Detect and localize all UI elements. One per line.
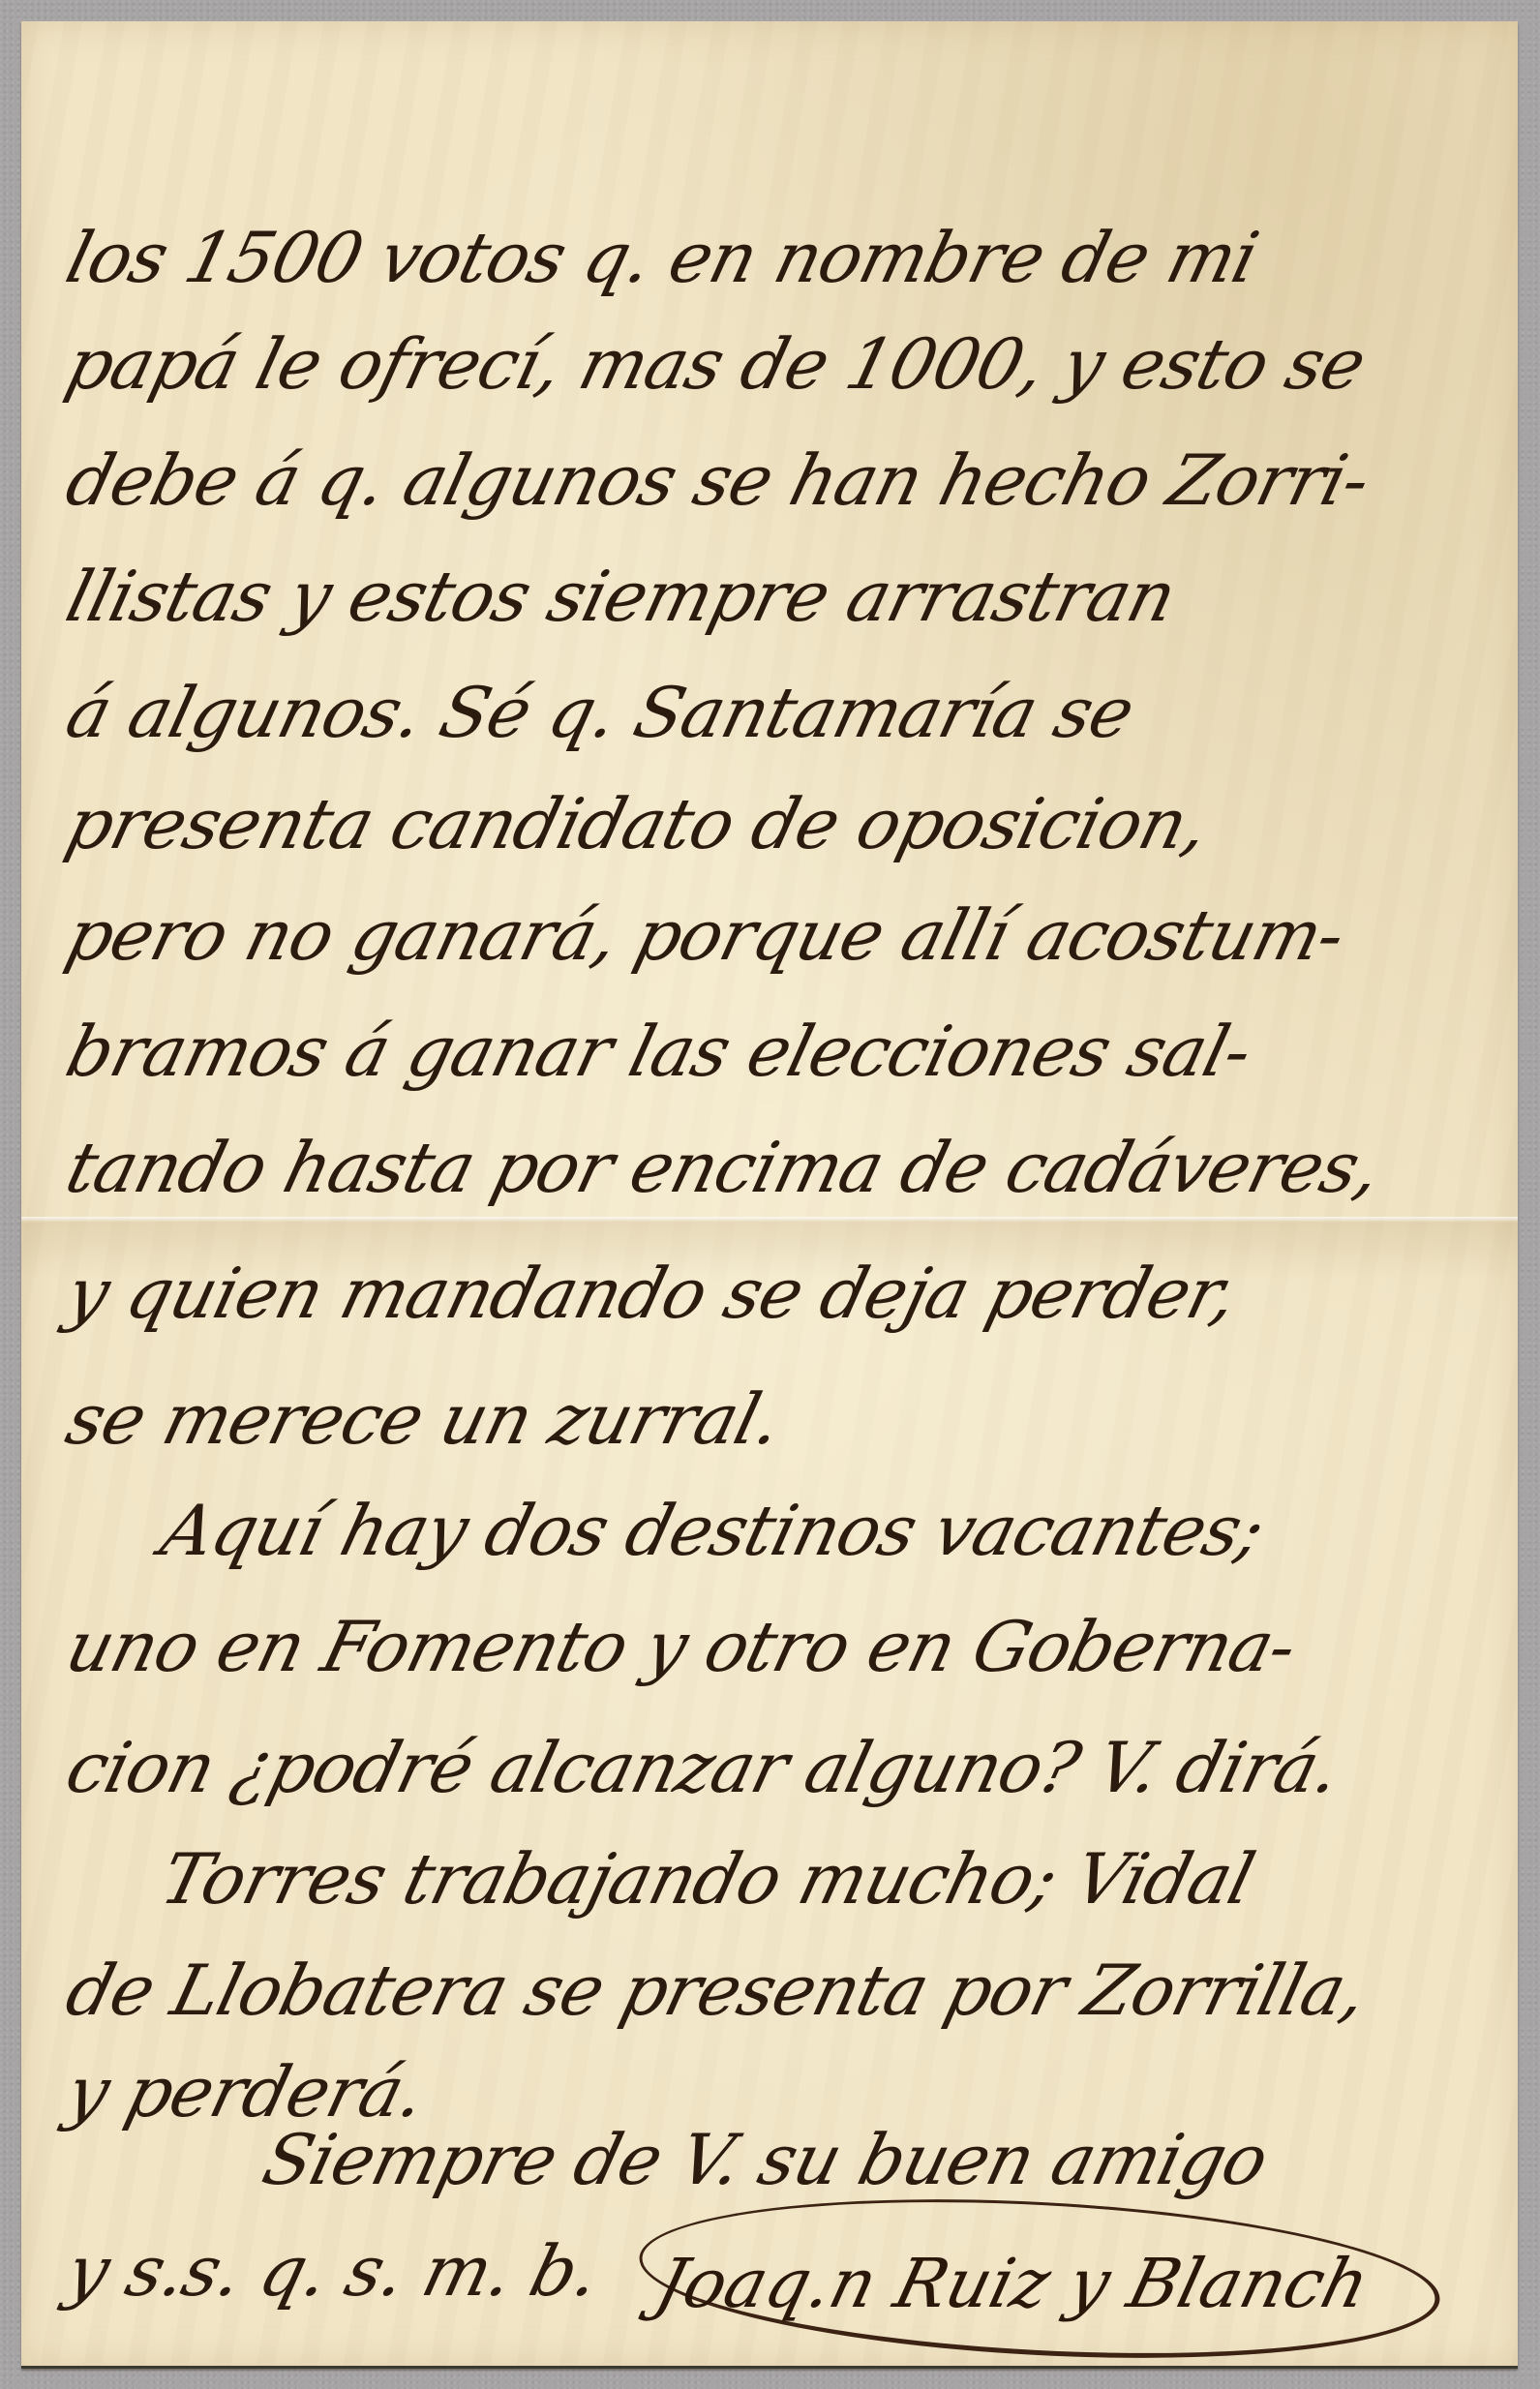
letter-line: debe á q. algunos se han hecho Zorri-: [60, 445, 1375, 515]
letter-line: cion ¿podré alcanzar alguno? V. dirá.: [60, 1733, 1346, 1802]
letter-line: llistas y estos siempre arrastran: [60, 561, 1182, 631]
letter-line: uno en Fomento y otro en Goberna-: [60, 1612, 1303, 1681]
letter-line: á algunos. Sé q. Santamaría se: [60, 678, 1140, 747]
letter-line: de Llobatera se presenta por Zorrilla,: [60, 1955, 1374, 2025]
letter-line: Torres trabajando mucho; Vidal: [155, 1844, 1260, 1914]
letter-line: y perderá.: [60, 2057, 432, 2127]
closing-line: Siempre de V. su buen amigo: [257, 2125, 1274, 2194]
letter-line: papá le ofrecí, mas de 1000, y esto se: [60, 329, 1372, 399]
letter-line: se merece un zurral.: [60, 1384, 788, 1454]
letter-line: bramos á ganar las elecciones sal-: [60, 1016, 1257, 1086]
letter-line: los 1500 votos q. en nombre de mi: [60, 223, 1264, 292]
letter-line: presenta candidato de oposicion,: [60, 789, 1215, 859]
letter-line: pero no ganará, porque allí acostum-: [60, 900, 1350, 970]
letter-line: y quien mandando se deja perder,: [60, 1258, 1244, 1328]
letter-line: tando hasta por encima de cadáveres,: [60, 1133, 1387, 1202]
signature: Joaq.n Ruiz y Blanch: [649, 2244, 1377, 2323]
closing-formula: y s.s. q. s. m. b.: [60, 2236, 606, 2306]
letter-line: Aquí hay dos destinos vacantes;: [155, 1496, 1271, 1565]
